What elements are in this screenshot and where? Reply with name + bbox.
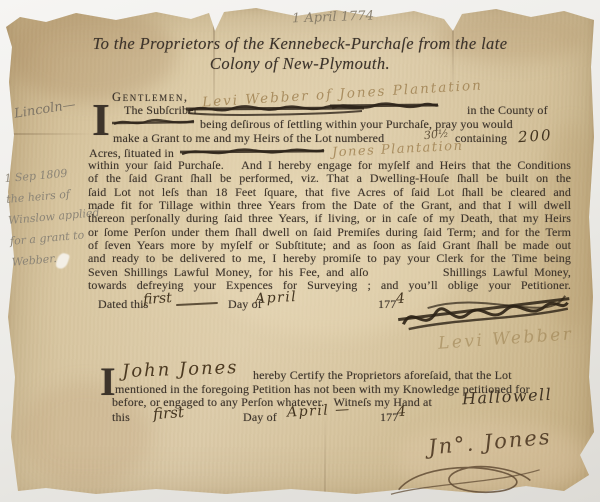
petition-line1-right: in the County of [467,103,548,118]
scan-background: 60.B7F10.005 1 April 1774 To the Proprie… [0,0,600,502]
acreage-insert: 200 [517,126,553,146]
petition-body-line: Seven Shillings Lawful Money, for his Fe… [88,266,571,279]
dated-prefix: Dated this [98,297,149,312]
certification-month-insert: April — [287,401,351,420]
crease-line [324,405,326,497]
petition-body-line: thereon perſonally during ſaid three Yea… [88,212,571,225]
petition-body: within your ſaid Purchaſe. And I hereby … [88,159,571,292]
petition-line3-left: make a Grant to me and my Heirs of the L… [113,131,384,146]
petition-drop-cap: I [92,100,110,140]
document-title-line1: To the Proprietors of the Kennebeck-Purc… [58,34,542,54]
dated-day-insert: first [142,290,172,308]
petition-body-line: within your ſaid Purchaſe. And I hereby … [88,159,571,172]
certification-line1: hereby Certify the Proprietors aforeſaid… [253,368,512,383]
crease-line [6,133,94,135]
certification-day-insert: first [152,403,184,423]
document-title-line2: Colony of New-Plymouth. [58,54,542,74]
crossed-out-word-scrawl [112,116,196,129]
dated-month-insert: April [255,289,298,307]
penned-filing-date: 1 April 1774 [292,9,374,27]
certification-line4-mid: Day of [243,410,277,425]
petition-body-line: of the ſaid Grant ſhall be performed, vi… [88,172,571,185]
certifier-name-insert: John Jones [122,357,239,382]
certification-line4-prefix: this [112,410,130,425]
certification-year-printed: 177 [380,410,398,425]
crossed-out-location-scrawl [180,145,326,159]
petition-body-line: of ſeven Years more by myſelf or Subſtit… [88,239,571,252]
certification-year-insert: 4 [396,404,406,421]
petition-body-line: and ready to be delivered to me, I hereb… [88,252,571,265]
petition-body-line: ſaid Lot not leſs than 18 Feet ſquare, t… [88,186,571,199]
crossed-out-word-scrawl [330,99,440,114]
petition-body-line: made fit for Tillage within three Years … [88,199,571,212]
petition-line2: being deſirous of ſettling within your P… [200,117,513,132]
petition-body-line: or ſome Perſon under them ſhall dwell on… [88,226,571,239]
dated-year-printed: 177 [378,297,396,312]
